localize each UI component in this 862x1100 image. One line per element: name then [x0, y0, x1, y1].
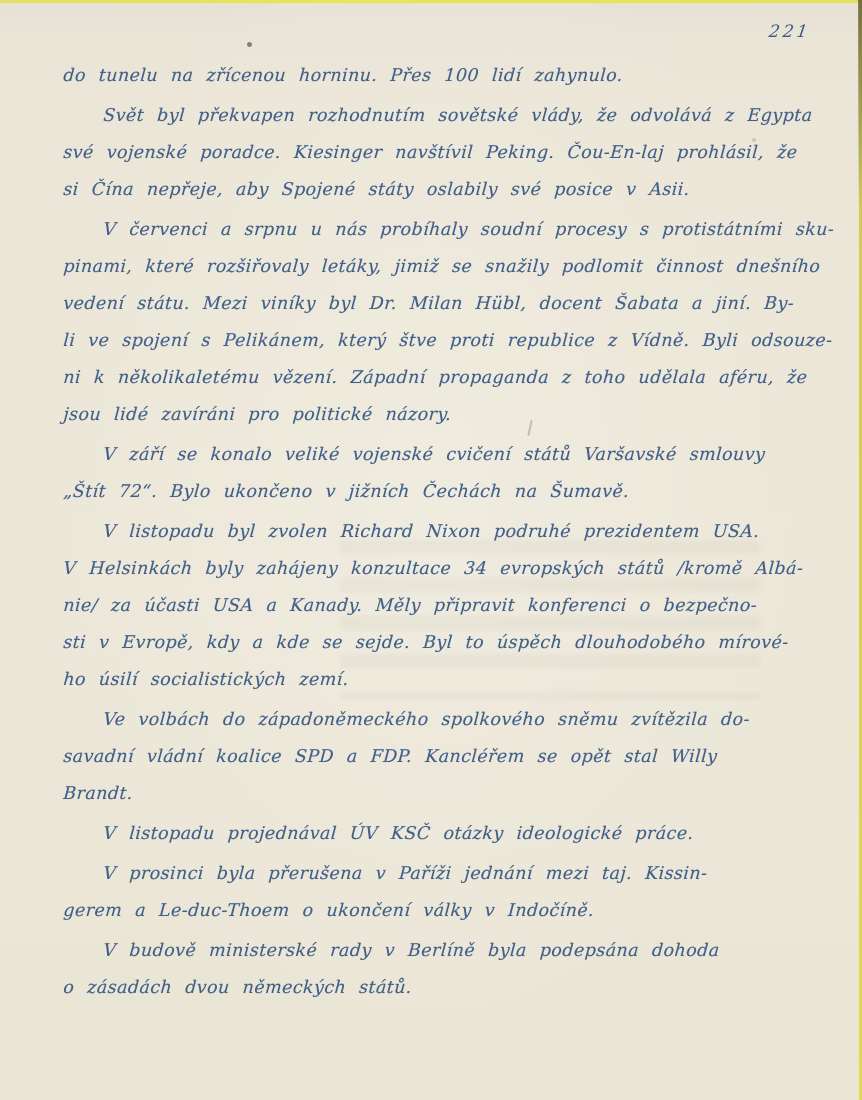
- handwritten-text-block: do tunelu na zřícenou horninu. Přes 100 …: [62, 58, 806, 1007]
- handwritten-line: li ve spojení s Pelikánem, který štve pr…: [62, 323, 809, 360]
- handwritten-line: své vojenské poradce. Kiesinger navštívi…: [62, 135, 809, 172]
- handwritten-line: Ve volbách do západoněmeckého spolkového…: [62, 702, 809, 739]
- notebook-page: 221 do tunelu na zřícenou horninu. Přes …: [0, 0, 862, 1100]
- page-corner-shadow: [858, 0, 862, 210]
- handwritten-line: pinami, které rozšiřovaly letáky, jimiž …: [62, 249, 809, 286]
- page-number: 221: [767, 22, 811, 42]
- handwritten-line: nie/ za účasti USA a Kanady. Měly připra…: [62, 588, 809, 625]
- handwritten-line: vedení státu. Mezi viníky byl Dr. Milan …: [62, 286, 809, 323]
- handwritten-line: V červenci a srpnu u nás probíhaly soudn…: [62, 212, 809, 249]
- handwritten-line: V Helsinkách byly zahájeny konzultace 34…: [62, 551, 809, 588]
- handwritten-line: V prosinci byla přerušena v Paříži jedná…: [62, 856, 809, 893]
- handwritten-line: ni k několikaletému vězení. Západní prop…: [62, 360, 809, 397]
- handwritten-line: V listopadu projednával ÚV KSČ otázky id…: [62, 816, 809, 853]
- handwritten-line: jsou lidé zavíráni pro politické názory.: [62, 397, 809, 434]
- handwritten-line: V listopadu byl zvolen Richard Nixon pod…: [62, 514, 809, 551]
- handwritten-line: savadní vládní koalice SPD a FDP. Kanclé…: [62, 739, 809, 776]
- handwritten-line: sti v Evropě, kdy a kde se sejde. Byl to…: [62, 625, 809, 662]
- handwritten-line: Brandt.: [62, 776, 809, 813]
- handwritten-line: Svět byl překvapen rozhodnutím sovětské …: [62, 98, 809, 135]
- handwritten-line: „Štít 72“. Bylo ukončeno v jižních Čechá…: [62, 474, 809, 511]
- paper-speck: [247, 42, 252, 47]
- page-edge-top: [0, 0, 862, 3]
- handwritten-line: V budově ministerské rady v Berlíně byla…: [62, 933, 809, 970]
- handwritten-line: o zásadách dvou německých států.: [62, 970, 809, 1007]
- handwritten-line: ho úsilí socialistických zemí.: [62, 662, 809, 699]
- handwritten-line: gerem a Le-duc-Thoem o ukončení války v …: [62, 893, 809, 930]
- handwritten-line: do tunelu na zřícenou horninu. Přes 100 …: [62, 58, 809, 95]
- handwritten-line: si Čína nepřeje, aby Spojené státy oslab…: [62, 172, 809, 209]
- handwritten-line: V září se konalo veliké vojenské cvičení…: [62, 437, 809, 474]
